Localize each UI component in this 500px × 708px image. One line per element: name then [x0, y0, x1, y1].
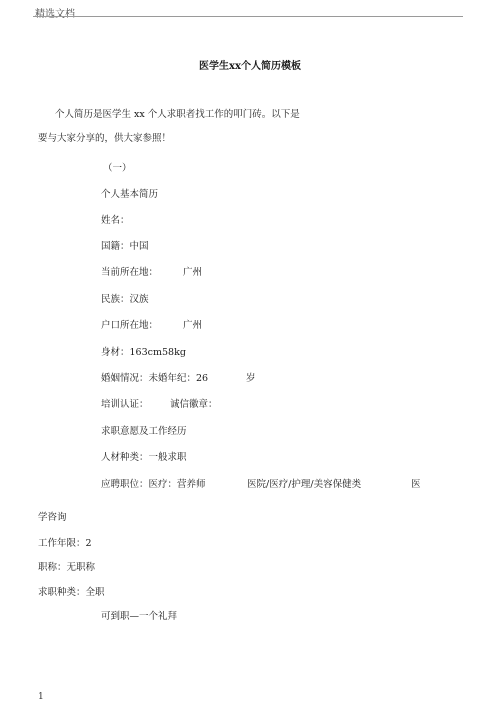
job-title: 职称：无职称 [38, 563, 95, 573]
section-heading: 个人基本简历 [101, 190, 158, 200]
field-ethnicity-value: 汉族 [130, 294, 149, 305]
field-hukou-value: 广州 [183, 321, 202, 331]
position-wrap-start: 医 [411, 480, 421, 490]
job-type: 求职种类：全职 [38, 588, 105, 598]
field-badge-label: 诚信徽章： [170, 400, 218, 410]
page-header-label: 精选文档 [35, 5, 75, 20]
field-hukou-label: 户口所在地： [101, 321, 158, 331]
field-body: 身材：163cm58kg [101, 348, 186, 358]
field-nationality-label: 国籍： [101, 241, 130, 252]
intro-line-1: 个人简历是医学生 xx 个人求职者找工作的叩门砖。以下是 [55, 110, 300, 120]
field-current-location-label: 当前所在地： [101, 268, 158, 278]
job-section-heading: 求职意愿及工作经历 [101, 427, 187, 437]
field-body-value: 163cm58kg [130, 347, 186, 358]
section-marker: （一） [103, 164, 132, 174]
field-training-label: 培训认证： [101, 400, 149, 410]
position-label: 应聘职位：医疗：营养师 [101, 480, 206, 490]
field-ethnicity-label: 民族： [101, 294, 130, 305]
field-current-location-value: 广州 [183, 268, 202, 278]
intro-line-2: 要与大家分享的，供大家参照！ [38, 134, 171, 144]
field-nationality-value: 中国 [130, 241, 149, 252]
field-nationality: 国籍：中国 [101, 242, 149, 252]
header-divider [33, 16, 463, 17]
field-name-label: 姓名： [101, 215, 130, 226]
talent-type: 人材种类：一般求职 [101, 453, 187, 463]
availability: 可到职—一个礼拜 [101, 612, 177, 622]
page-number: 1 [38, 692, 44, 702]
position-wrap-end: 学咨询 [38, 513, 67, 523]
document-title: 医学生xx个人简历模板 [0, 62, 500, 72]
work-years: 工作年限：2 [38, 539, 92, 549]
field-marital-age: 婚姻情况：未婚年纪：26 [101, 374, 208, 384]
field-ethnicity: 民族：汉族 [101, 295, 149, 305]
field-name: 姓名： [101, 216, 130, 226]
field-body-label: 身材： [101, 347, 130, 358]
field-age-unit: 岁 [246, 374, 256, 384]
position-category: 医院/医疗/护理/美容保健类 [247, 480, 361, 490]
